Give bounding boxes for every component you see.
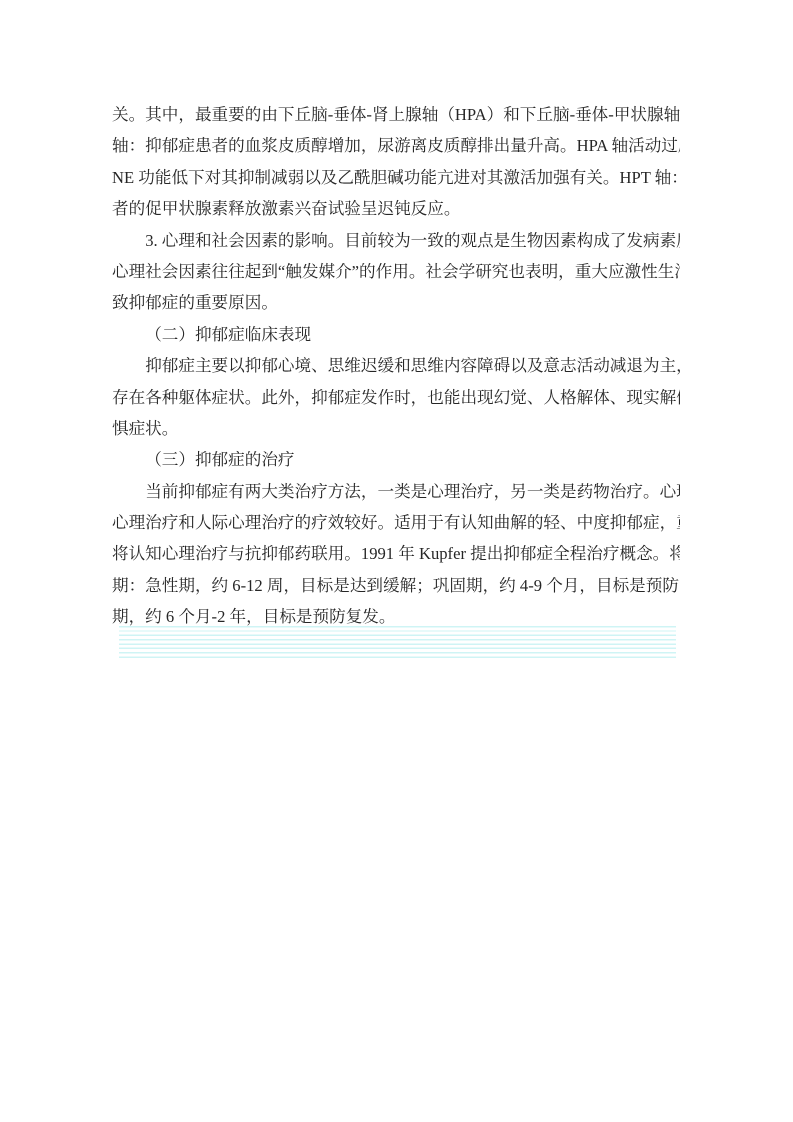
text-line: 将认知心理治疗与抗抑郁药联用。1991 年 Kupfer 提出抑郁症全程治疗概念…: [112, 538, 680, 569]
text-line: 期：急性期，约 6-12 周，目标是达到缓解；巩固期，约 4-9 个月，目标是预…: [112, 570, 680, 601]
text-line: 心理社会因素往往起到“触发媒介”的作用。社会学研究也表明，重大应激性生活事件是导: [112, 256, 680, 287]
text-line: 心理治疗和人际心理治疗的疗效较好。适用于有认知曲解的轻、中度抑郁症，重度抑郁症宜: [112, 507, 680, 538]
document-page: 关。其中，最重要的由下丘脑-垂体-肾上腺轴（HPA）和下丘脑-垂体-甲状腺轴（H…: [0, 0, 793, 1122]
text-block: 关。其中，最重要的由下丘脑-垂体-肾上腺轴（HPA）和下丘脑-垂体-甲状腺轴（H…: [112, 99, 680, 633]
text-line: 关。其中，最重要的由下丘脑-垂体-肾上腺轴（HPA）和下丘脑-垂体-甲状腺轴（H…: [112, 99, 680, 130]
text-line: 存在各种躯体症状。此外，抑郁症发作时，也能出现幻觉、人格解体、现实解体、强迫和恐: [112, 382, 680, 413]
text-line: 者的促甲状腺素释放激素兴奋试验呈迟钝反应。: [112, 193, 680, 224]
text-line: 轴：抑郁症患者的血浆皮质醇增加，尿游离皮质醇排出量升高。HPA 轴活动过度可能与…: [112, 130, 680, 161]
text-line: （三）抑郁症的治疗: [112, 444, 680, 475]
text-line: 当前抑郁症有两大类治疗方法，一类是心理治疗，另一类是药物治疗。心理治疗以认知: [112, 476, 680, 507]
text-line: 致抑郁症的重要原因。: [112, 287, 680, 318]
ruled-lines: [119, 626, 676, 658]
text-line: 抑郁症主要以抑郁心境、思维迟缓和思维内容障碍以及意志活动减退为主，多数病例还: [112, 350, 680, 381]
text-line: （二）抑郁症临床表现: [112, 319, 680, 350]
text-line: NE 功能低下对其抑制减弱以及乙酰胆碱功能亢进对其激活加强有关。HPT 轴：多数…: [112, 162, 680, 193]
text-line: 3. 心理和社会因素的影响。目前较为一致的观点是生物因素构成了发病素质或倾向，: [112, 225, 680, 256]
text-line: 惧症状。: [112, 413, 680, 444]
